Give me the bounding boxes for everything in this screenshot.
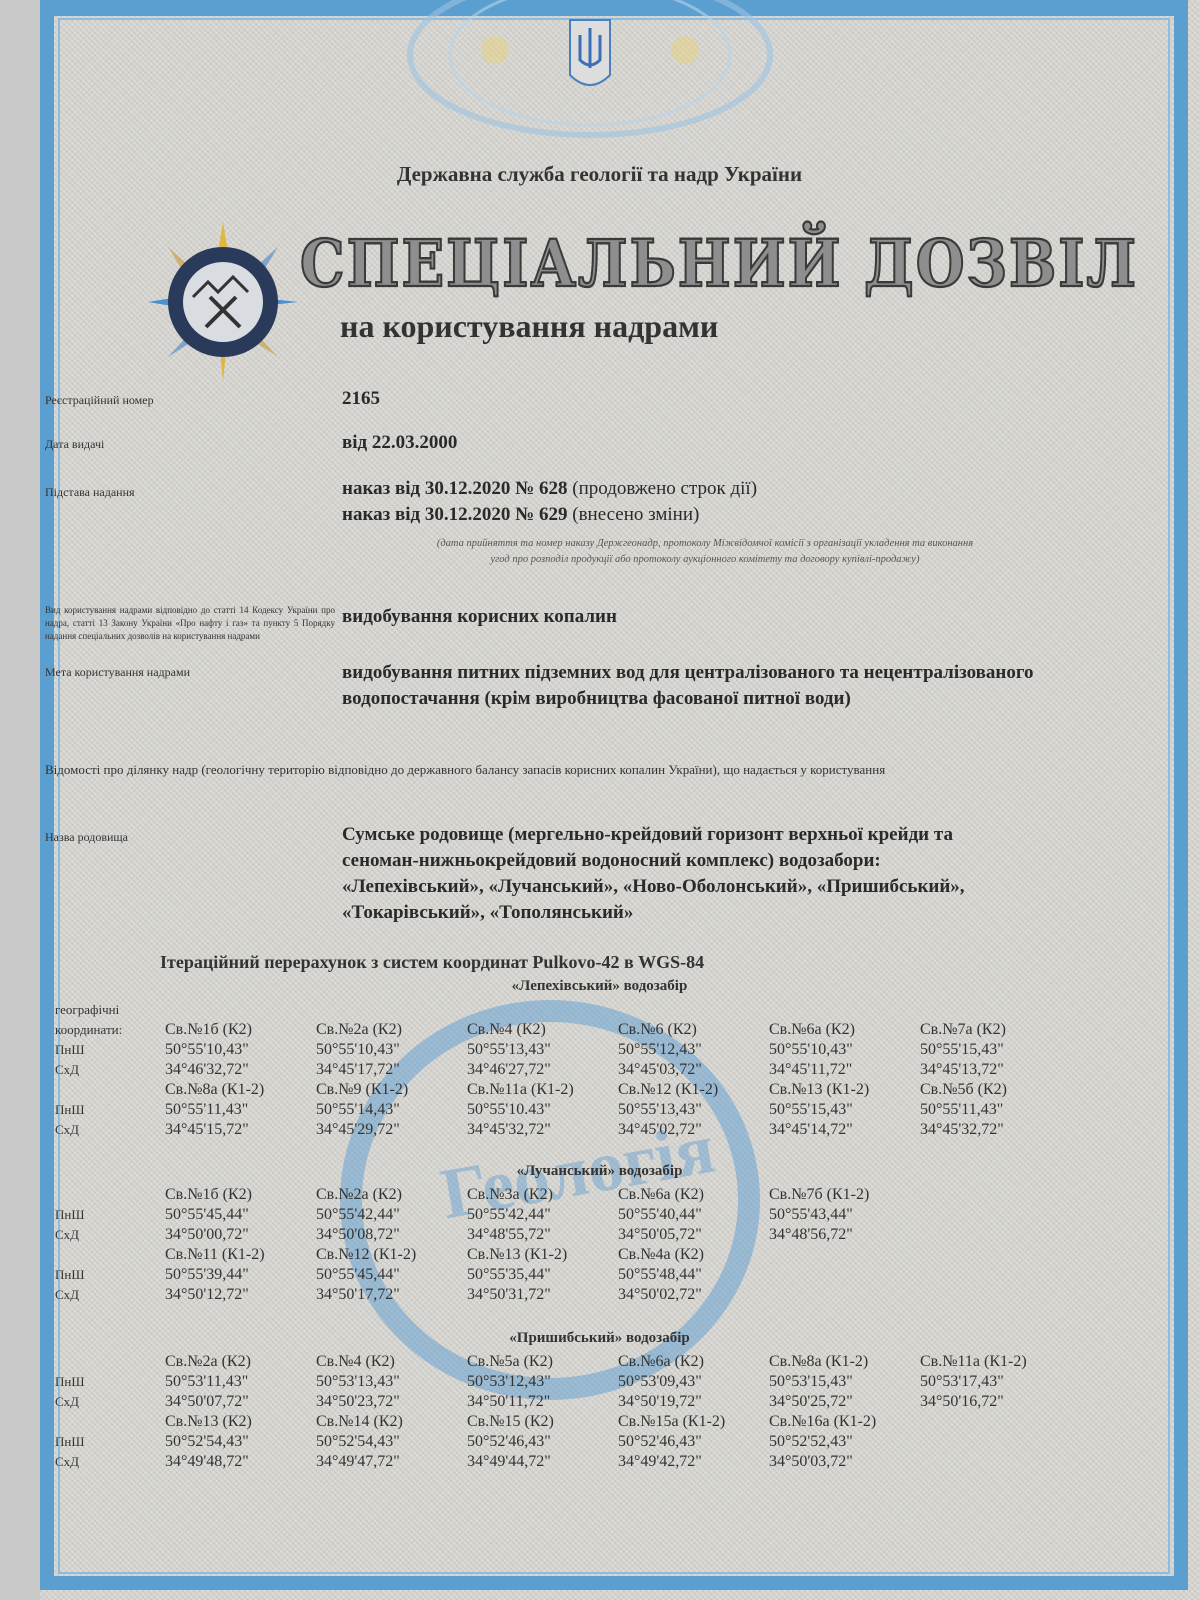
latitude-value: 50°55'35,44" [467,1265,618,1285]
geology-service-emblem-icon [148,222,298,382]
latitude-value: 50°55'40,44" [618,1205,769,1225]
row-label [55,1352,165,1372]
deposit-name-label: Назва родовища [45,830,128,845]
intake-title: «Лучанський» водозабір [0,1163,1199,1180]
latitude-value: 50°55'43,44" [769,1205,920,1225]
table-row: СхД34°46'32,72"34°45'17,72"34°46'27,72"3… [55,1060,1071,1080]
longitude-value: 34°45'32,72" [920,1120,1071,1140]
latitude-value: 50°55'42,44" [467,1205,618,1225]
well-name: Св.№7а (К2) [920,1020,1071,1040]
latitude-value: 50°55'42,44" [316,1205,467,1225]
table-row: Св.№11 (К1-2)Св.№12 (К1-2)Св.№13 (К1-2)С… [55,1245,920,1265]
well-name: Св.№11 (К1-2) [165,1245,316,1265]
latitude-value: 50°55'10,43" [316,1040,467,1060]
longitude-value: 34°46'27,72" [467,1060,618,1080]
well-name: Св.№11а (К1-2) [920,1352,1071,1372]
table-row: Св.№13 (К2)Св.№14 (К2)Св.№15 (К2)Св.№15а… [55,1412,1071,1432]
well-name: Св.№6 (К2) [618,1020,769,1040]
latitude-value: 50°55'11,43" [920,1100,1071,1120]
latitude-value: 50°55'13,43" [618,1100,769,1120]
latitude-value: 50°55'14,43" [316,1100,467,1120]
longitude-value: 34°50'02,72" [618,1285,769,1305]
table-row: СхД34°49'48,72"34°49'47,72"34°49'44,72"3… [55,1452,1071,1472]
latitude-value: 50°53'12,43" [467,1372,618,1392]
latitude-value: 50°52'54,43" [165,1432,316,1452]
longitude-value: 34°46'32,72" [165,1060,316,1080]
well-name: Св.№13 (К1-2) [769,1080,920,1100]
latitude-value: 50°55'13,43" [467,1040,618,1060]
latitude-value: 50°53'11,43" [165,1372,316,1392]
latitude-value: 50°55'11,43" [165,1100,316,1120]
longitude-value: 34°45'11,72" [769,1060,920,1080]
row-label: координати: [55,1020,165,1040]
longitude-value: 34°50'19,72" [618,1392,769,1412]
latitude-value: 50°55'39,44" [165,1265,316,1285]
well-name: Св.№9 (К1-2) [316,1080,467,1100]
row-label [55,1245,165,1265]
latitude-value: 50°55'10,43" [769,1040,920,1060]
well-name: Св.№5а (К2) [467,1352,618,1372]
coordinate-table: географічнікоординати:Св.№1б (К2)Св.№2а … [55,1000,1071,1140]
longitude-value: 34°49'42,72" [618,1452,769,1472]
row-label [55,1185,165,1205]
latitude-value: 50°52'52,43" [769,1432,920,1452]
well-name: Св.№4 (К2) [316,1352,467,1372]
longitude-value: 34°50'17,72" [316,1285,467,1305]
well-name: Св.№8а (К1-2) [165,1080,316,1100]
latitude-value: 50°55'12,43" [618,1040,769,1060]
row-label: СхД [55,1392,165,1412]
well-name: Св.№1б (К2) [165,1020,316,1040]
table-row: ПнШ50°53'11,43"50°53'13,43"50°53'12,43"5… [55,1372,1071,1392]
latitude-value: 50°55'45,44" [165,1205,316,1225]
well-name: Св.№1б (К2) [165,1185,316,1205]
row-label [55,1412,165,1432]
table-row: ПнШ50°55'10,43"50°55'10,43"50°55'13,43"5… [55,1040,1071,1060]
latitude-value: 50°52'46,43" [618,1432,769,1452]
intake-title: «Лепехівський» водозабір [0,978,1199,995]
permit-subtitle: на користування надрами [340,308,718,345]
reg-number-value: 2165 [342,388,380,410]
table-row: СхД34°45'15,72"34°45'29,72"34°45'32,72"3… [55,1120,1071,1140]
table-row: СхД34°50'00,72"34°50'08,72"34°48'55,72"3… [55,1225,920,1245]
longitude-value: 34°45'03,72" [618,1060,769,1080]
well-name: Св.№16а (К1-2) [769,1412,920,1432]
well-name: Св.№4а (К2) [618,1245,769,1265]
latitude-value: 50°55'48,44" [618,1265,769,1285]
table-row: ПнШ50°52'54,43"50°52'54,43"50°52'46,43"5… [55,1432,1071,1452]
latitude-value: 50°55'15,43" [920,1040,1071,1060]
table-row: Св.№8а (К1-2)Св.№9 (К1-2)Св.№11а (К1-2)С… [55,1080,1071,1100]
longitude-value: 34°45'17,72" [316,1060,467,1080]
well-name: Св.№7б (К1-2) [769,1185,920,1205]
longitude-value: 34°50'03,72" [769,1452,920,1472]
longitude-value: 34°50'25,72" [769,1392,920,1412]
longitude-value: 34°48'56,72" [769,1225,920,1245]
purpose-value: видобування питних підземних вод для цен… [342,660,1042,712]
well-name: Св.№6а (К2) [618,1352,769,1372]
row-label: ПнШ [55,1100,165,1120]
latitude-value: 50°55'10,43" [165,1040,316,1060]
purpose-label: Мета користування надрами [45,665,190,680]
table-row: ПнШ50°55'11,43"50°55'14,43"50°55'10.43"5… [55,1100,1071,1120]
longitude-value: 34°49'44,72" [467,1452,618,1472]
row-label: СхД [55,1225,165,1245]
row-label: СхД [55,1285,165,1305]
longitude-value: 34°45'02,72" [618,1120,769,1140]
longitude-value: 34°50'07,72" [165,1392,316,1412]
row-label: ПнШ [55,1205,165,1225]
background-edge [0,0,40,1600]
table-row: ПнШ50°55'45,44"50°55'42,44"50°55'42,44"5… [55,1205,920,1225]
latitude-value: 50°55'15,43" [769,1100,920,1120]
row-label: ПнШ [55,1372,165,1392]
well-name: Св.№6а (К2) [769,1020,920,1040]
longitude-value: 34°50'12,72" [165,1285,316,1305]
row-label [55,1080,165,1100]
row-label: ПнШ [55,1040,165,1060]
latitude-value: 50°52'54,43" [316,1432,467,1452]
table-row: ПнШ50°55'39,44"50°55'45,44"50°55'35,44"5… [55,1265,920,1285]
table-row: СхД34°50'07,72"34°50'23,72"34°50'11,72"3… [55,1392,1071,1412]
well-name: Св.№5б (К2) [920,1080,1071,1100]
intake-title: «Пришибський» водозабір [0,1330,1199,1347]
longitude-value: 34°50'05,72" [618,1225,769,1245]
permit-title: СПЕЦІАЛЬНИЙ ДОЗВІЛ [300,226,1138,302]
ukraine-trident-icon [400,0,780,140]
coordinate-table: Св.№2а (К2)Св.№4 (К2)Св.№5а (К2)Св.№6а (… [55,1352,1071,1472]
latitude-value: 50°52'46,43" [467,1432,618,1452]
latitude-value: 50°55'45,44" [316,1265,467,1285]
well-name: Св.№2а (К2) [165,1352,316,1372]
well-name: Св.№4 (К2) [467,1020,618,1040]
longitude-value: 34°50'16,72" [920,1392,1071,1412]
coordinate-table: Св.№1б (К2)Св.№2а (К2)Св.№3а (К2)Св.№6а … [55,1185,920,1305]
table-row: Св.№2а (К2)Св.№4 (К2)Св.№5а (К2)Св.№6а (… [55,1352,1071,1372]
longitude-value: 34°49'47,72" [316,1452,467,1472]
reg-number-label: Реєстраційний номер [45,393,154,408]
well-name: Св.№8а (К1-2) [769,1352,920,1372]
basis-line-1: наказ від 30.12.2020 № 628 (продовжено с… [342,478,757,500]
use-type-label: Вид користування надрами відповідно до с… [45,604,335,643]
longitude-value: 34°45'13,72" [920,1060,1071,1080]
table-row: СхД34°50'12,72"34°50'17,72"34°50'31,72"3… [55,1285,920,1305]
geo-label: географічні [55,1000,165,1020]
latitude-value: 50°55'10.43" [467,1100,618,1120]
row-label: ПнШ [55,1432,165,1452]
latitude-value: 50°53'15,43" [769,1372,920,1392]
longitude-value: 34°45'14,72" [769,1120,920,1140]
well-name: Св.№12 (К1-2) [316,1245,467,1265]
table-row: координати:Св.№1б (К2)Св.№2а (К2)Св.№4 (… [55,1020,1071,1040]
latitude-value: 50°53'13,43" [316,1372,467,1392]
row-label: СхД [55,1060,165,1080]
basis-line-2: наказ від 30.12.2020 № 629 (внесено змін… [342,504,699,526]
coordinates-title: Ітераційний перерахунок з систем координ… [160,952,704,973]
longitude-value: 34°50'23,72" [316,1392,467,1412]
row-label: СхД [55,1120,165,1140]
well-name: Св.№3а (К2) [467,1185,618,1205]
well-name: Св.№13 (К1-2) [467,1245,618,1265]
longitude-value: 34°45'32,72" [467,1120,618,1140]
well-name: Св.№2а (К2) [316,1185,467,1205]
well-name: Св.№15 (К2) [467,1412,618,1432]
well-name: Св.№13 (К2) [165,1412,316,1432]
latitude-value: 50°53'09,43" [618,1372,769,1392]
well-name: Св.№15а (К1-2) [618,1412,769,1432]
latitude-value: 50°53'17,43" [920,1372,1071,1392]
longitude-value: 34°50'11,72" [467,1392,618,1412]
table-row: Св.№1б (К2)Св.№2а (К2)Св.№3а (К2)Св.№6а … [55,1185,920,1205]
well-name: Св.№6а (К2) [618,1185,769,1205]
longitude-value: 34°45'15,72" [165,1120,316,1140]
basis-note: (дата прийняття та номер наказу Держгеон… [340,536,1070,568]
longitude-value: 34°50'08,72" [316,1225,467,1245]
longitude-value: 34°49'48,72" [165,1452,316,1472]
deposit-name-value: Сумське родовище (мергельно-крейдовий го… [342,822,1022,926]
well-name: Св.№11а (К1-2) [467,1080,618,1100]
row-label: СхД [55,1452,165,1472]
issue-date-label: Дата видачі [45,437,104,452]
longitude-value: 34°45'29,72" [316,1120,467,1140]
well-name: Св.№12 (К1-2) [618,1080,769,1100]
row-label: ПнШ [55,1265,165,1285]
longitude-value: 34°50'00,72" [165,1225,316,1245]
basis-label: Підстава надання [45,485,135,500]
well-name: Св.№2а (К2) [316,1020,467,1040]
agency-name: Державна служба геології та надр України [0,162,1199,187]
longitude-value: 34°50'31,72" [467,1285,618,1305]
site-info-label: Відомості про ділянку надр (геологічну т… [45,760,1025,780]
use-type-value: видобування корисних копалин [342,606,617,628]
well-name: Св.№14 (К2) [316,1412,467,1432]
issue-date-value: від 22.03.2000 [342,432,457,454]
longitude-value: 34°48'55,72" [467,1225,618,1245]
